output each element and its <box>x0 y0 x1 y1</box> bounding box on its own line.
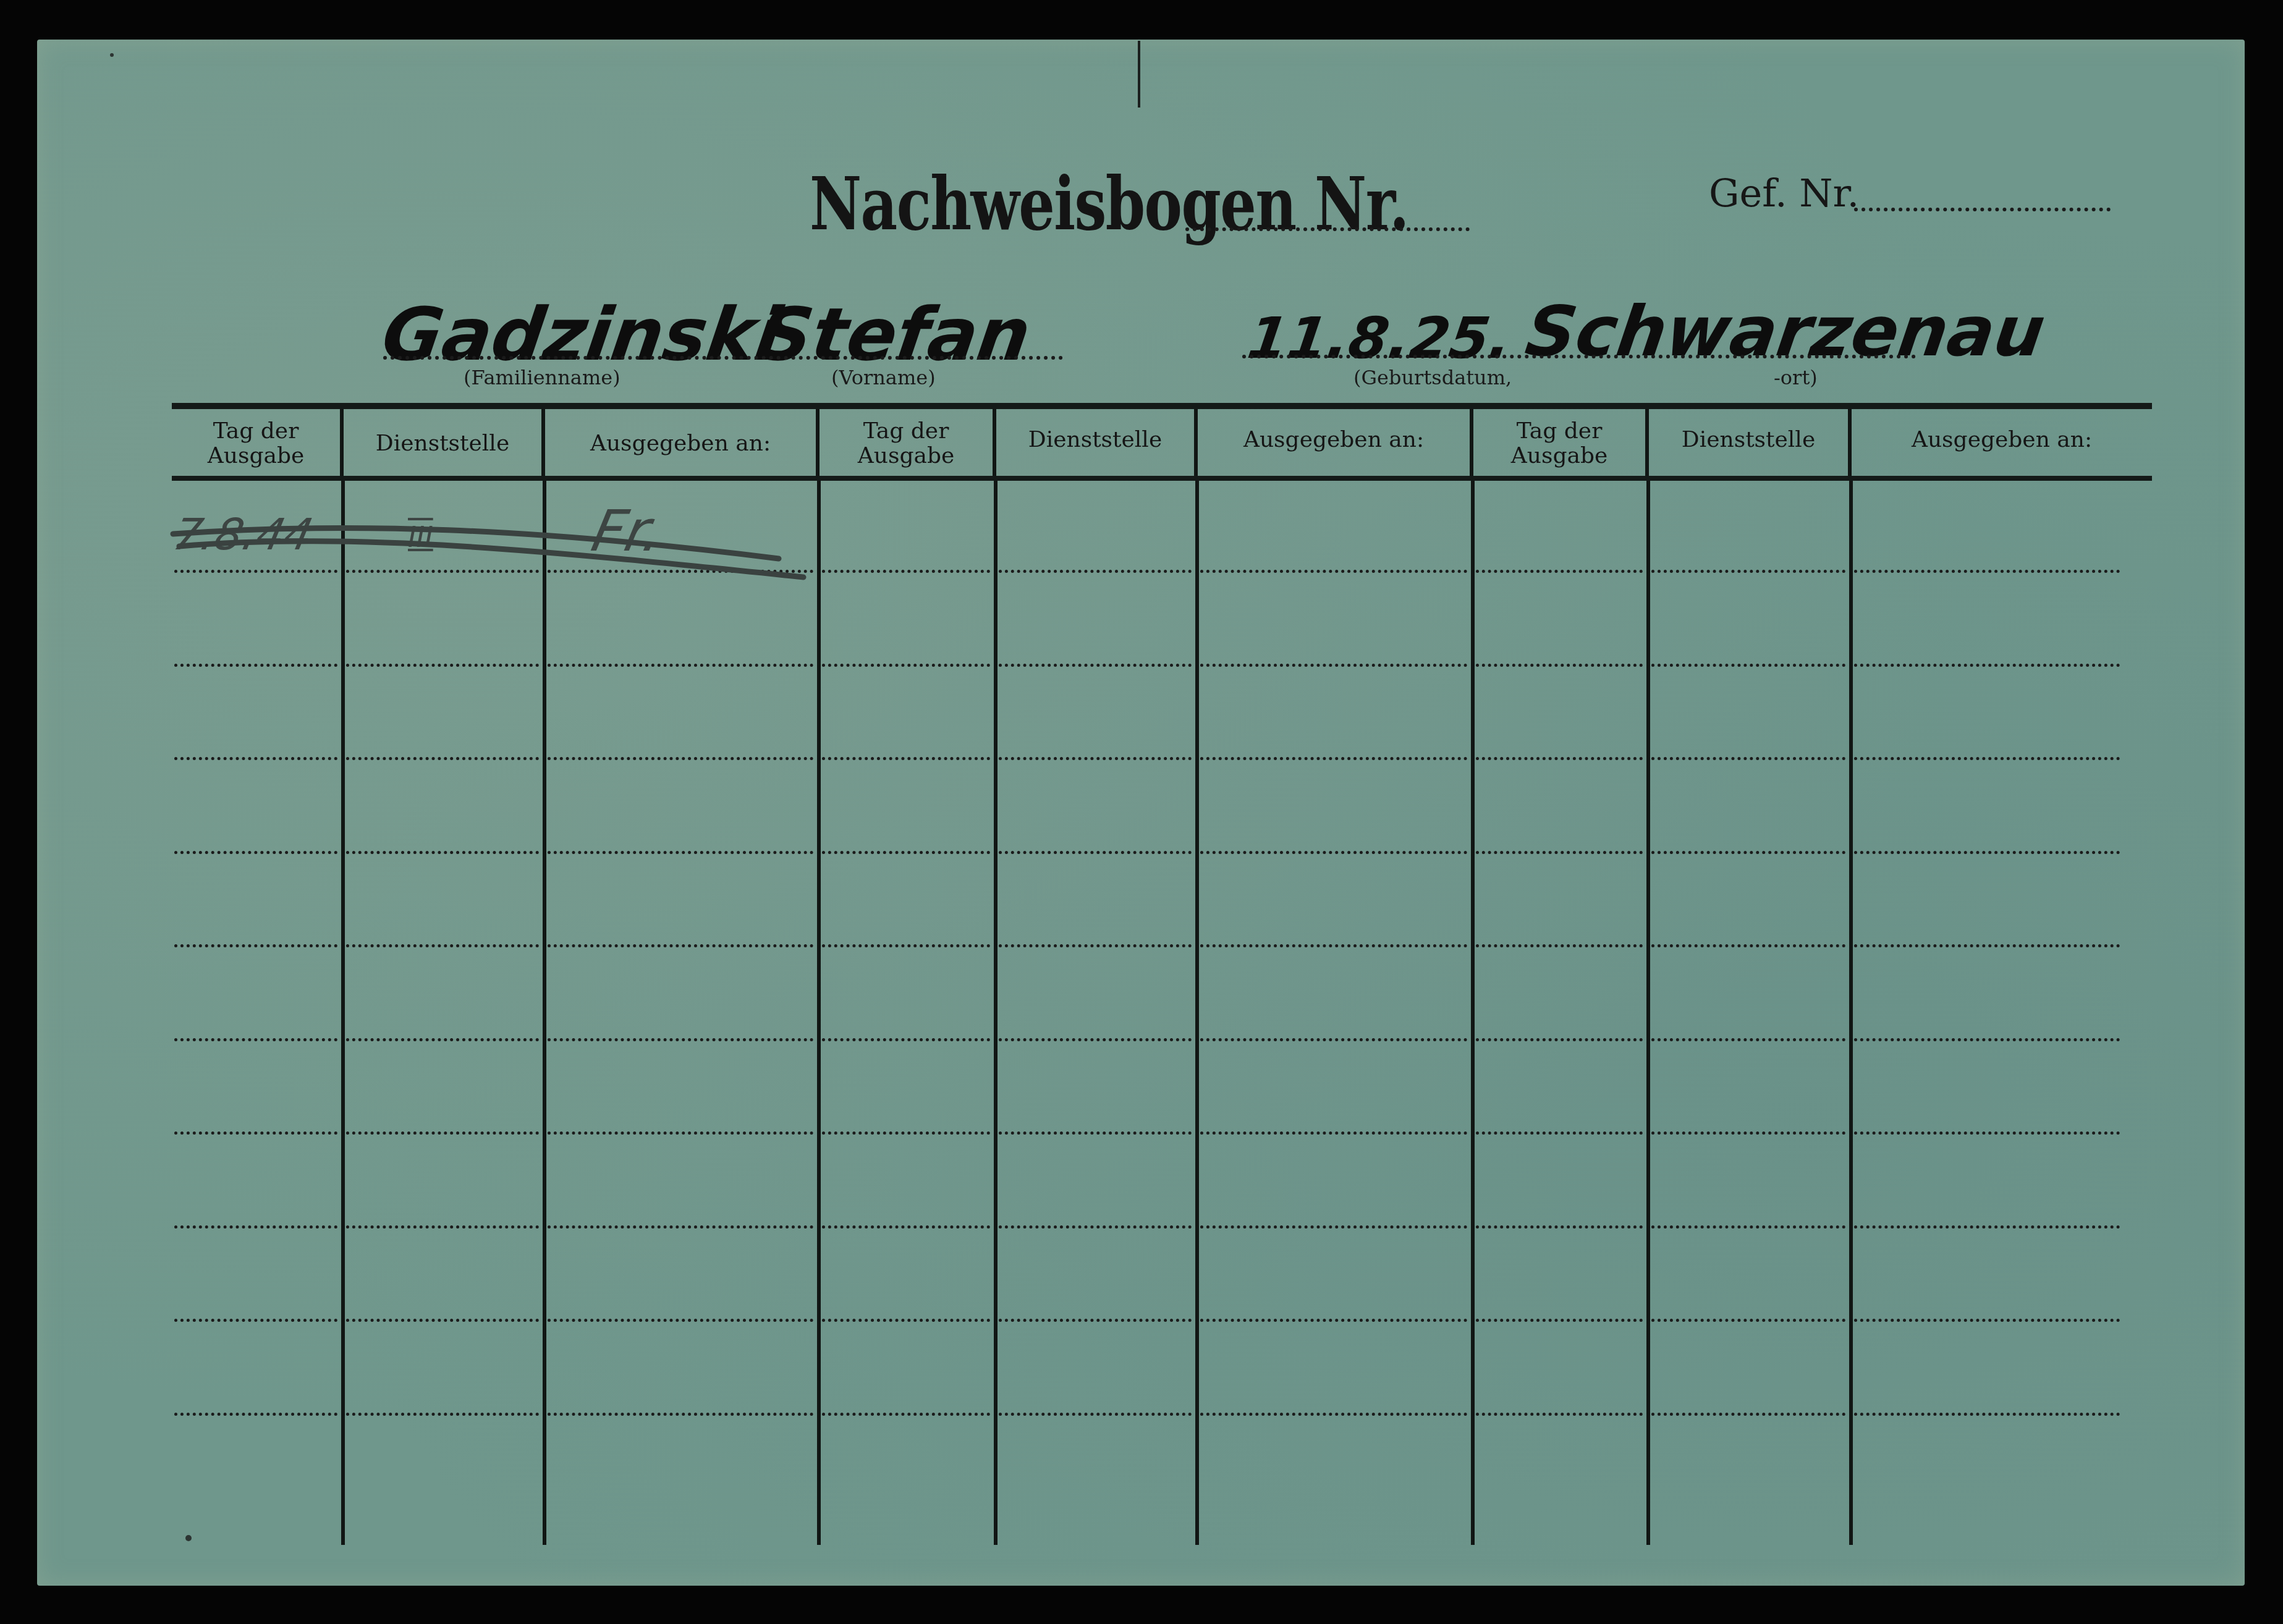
table-cell-line[interactable] <box>1200 1131 1467 1135</box>
form-title: Nachweisbogen Nr. <box>810 161 1408 247</box>
header-dienststelle: Dienststelle <box>996 428 1194 452</box>
table-cell-line[interactable] <box>346 851 539 854</box>
table-cell-line[interactable] <box>822 1038 990 1041</box>
table-cell-line[interactable] <box>548 757 813 760</box>
table-cell-line[interactable] <box>1200 1319 1467 1322</box>
header-line: Tag der <box>172 419 340 444</box>
header-ausgegeben-an: Ausgegeben an: <box>1852 428 2152 452</box>
table-top-rule <box>172 403 2152 409</box>
table-cell-line[interactable] <box>999 1413 1192 1416</box>
table-cell-line[interactable] <box>822 851 990 854</box>
table-cell-line[interactable] <box>1651 851 1845 854</box>
gef-nr-field[interactable] <box>1854 208 2111 211</box>
table-cell-line[interactable] <box>999 1319 1192 1322</box>
header-tag-der-ausgabe: Tag der Ausgabe <box>1473 419 1645 468</box>
table-cell-line[interactable] <box>174 1319 337 1322</box>
header-ausgegeben-an: Ausgegeben an: <box>545 431 816 456</box>
table-cell-line[interactable] <box>1651 664 1845 667</box>
table-cell-line[interactable] <box>1476 1319 1643 1322</box>
header-line: Ausgabe <box>820 444 993 468</box>
table-cell-line[interactable] <box>822 570 990 573</box>
table-cell-line[interactable] <box>174 851 337 854</box>
table-cell-line[interactable] <box>1200 1038 1467 1041</box>
header-line: Ausgabe <box>1473 444 1645 468</box>
strike-through-mark <box>161 509 828 583</box>
table-cell-line[interactable] <box>1476 851 1643 854</box>
table-cell-line[interactable] <box>999 1038 1192 1041</box>
column-divider <box>994 481 997 1545</box>
group-divider <box>817 481 821 1545</box>
column-divider <box>543 481 546 1545</box>
table-cell-line[interactable] <box>1200 944 1467 947</box>
header-tag-der-ausgabe: Tag der Ausgabe <box>172 419 340 468</box>
paper-speck <box>110 53 114 57</box>
column-divider <box>341 481 345 1545</box>
birth-date-label: (Geburtsdatum, <box>1353 366 1512 389</box>
table-cell-line[interactable] <box>822 1131 990 1135</box>
table-cell-line[interactable] <box>999 570 1192 573</box>
table-cell-line[interactable] <box>548 1038 813 1041</box>
table-cell-line[interactable] <box>346 757 539 760</box>
table-cell-line[interactable] <box>1200 1413 1467 1416</box>
first-name-value: Stefan <box>754 292 1036 377</box>
table-cell-line[interactable] <box>1651 1225 1845 1229</box>
birth-field-line[interactable] <box>1242 355 1916 358</box>
table-cell-line[interactable] <box>1854 1319 2120 1322</box>
table-cell-line[interactable] <box>174 1131 337 1135</box>
table-cell-line[interactable] <box>1476 1413 1643 1416</box>
table-cell-line[interactable] <box>1200 1225 1467 1229</box>
table-cell-line[interactable] <box>999 944 1192 947</box>
table-cell-line[interactable] <box>822 944 990 947</box>
gef-nr-label: Gef. Nr. <box>1709 171 1859 216</box>
table-cell-line[interactable] <box>548 1131 813 1135</box>
table-cell-line[interactable] <box>1200 851 1467 854</box>
table-cell-line[interactable] <box>548 1319 813 1322</box>
form-card: Nachweisbogen Nr. Gef. Nr. Gadzinski Ste… <box>37 40 2245 1586</box>
table-cell-line[interactable] <box>548 1225 813 1229</box>
table-cell-line[interactable] <box>1476 757 1643 760</box>
column-divider <box>1646 481 1650 1545</box>
first-name-label: (Vorname) <box>831 366 936 389</box>
table-cell-line[interactable] <box>999 664 1192 667</box>
table-cell-line[interactable] <box>1651 757 1845 760</box>
title-number-field[interactable] <box>1185 227 1470 231</box>
table-cell-line[interactable] <box>1200 664 1467 667</box>
table-cell-line[interactable] <box>174 1225 337 1229</box>
fold-mark <box>1138 41 1140 108</box>
table-cell-line[interactable] <box>346 1225 539 1229</box>
table-cell-line[interactable] <box>1200 757 1467 760</box>
table-cell-line[interactable] <box>346 1319 539 1322</box>
header-dienststelle: Dienststelle <box>1649 428 1848 452</box>
table-cell-line[interactable] <box>1854 1038 2120 1041</box>
table-cell-line[interactable] <box>1476 570 1643 573</box>
table-cell-line[interactable] <box>999 757 1192 760</box>
family-name-value: Gadzinski <box>377 292 787 377</box>
table-cell-line[interactable] <box>174 1038 337 1041</box>
family-name-label: (Familienname) <box>464 366 621 389</box>
table-cell-line[interactable] <box>548 944 813 947</box>
table-cell-line[interactable] <box>174 664 337 667</box>
table-cell-line[interactable] <box>1854 1225 2120 1229</box>
table-cell-line[interactable] <box>999 1225 1192 1229</box>
table-header-rule <box>172 476 2152 481</box>
header-tag-der-ausgabe: Tag der Ausgabe <box>820 419 993 468</box>
birth-date-value: 11.8.25. <box>1243 305 1515 371</box>
table-cell-line[interactable] <box>174 757 337 760</box>
table-cell-line[interactable] <box>1854 1131 2120 1135</box>
table-cell-line[interactable] <box>1651 570 1845 573</box>
table-cell-line[interactable] <box>1651 1131 1845 1135</box>
header-dienststelle: Dienststelle <box>344 431 541 456</box>
birth-place-value: Schwarzenau <box>1521 292 2050 372</box>
table-cell-line[interactable] <box>1476 1225 1643 1229</box>
table-cell-line[interactable] <box>1854 664 2120 667</box>
header-line: Ausgabe <box>172 444 340 468</box>
table-cell-line[interactable] <box>346 944 539 947</box>
group-divider <box>1471 481 1475 1545</box>
header-line: Tag der <box>1473 419 1645 444</box>
name-field-line[interactable] <box>383 356 1063 360</box>
table-cell-line[interactable] <box>346 1131 539 1135</box>
table-cell-line[interactable] <box>1854 1413 2120 1416</box>
table-cell-line[interactable] <box>1854 570 2120 573</box>
table-cell-line[interactable] <box>999 1131 1192 1135</box>
table-cell-line[interactable] <box>822 1319 990 1322</box>
column-divider <box>1849 481 1853 1545</box>
table-cell-line[interactable] <box>174 944 337 947</box>
table-cell-line[interactable] <box>548 851 813 854</box>
table-cell-line[interactable] <box>548 664 813 667</box>
header-line: Tag der <box>820 419 993 444</box>
table-cell-line[interactable] <box>1651 1413 1845 1416</box>
birth-place-label: -ort) <box>1774 366 1818 389</box>
table-cell-line[interactable] <box>346 1038 539 1041</box>
table-cell-line[interactable] <box>1854 851 2120 854</box>
table-cell-line[interactable] <box>1854 757 2120 760</box>
table-cell-line[interactable] <box>1200 570 1467 573</box>
table-cell-line[interactable] <box>1476 664 1643 667</box>
table-cell-line[interactable] <box>1651 1319 1845 1322</box>
table-cell-line[interactable] <box>1651 1038 1845 1041</box>
table-cell-line[interactable] <box>822 1225 990 1229</box>
table-cell-line[interactable] <box>346 664 539 667</box>
table-cell-line[interactable] <box>822 664 990 667</box>
table-cell-line[interactable] <box>1854 944 2120 947</box>
paper-speck <box>185 1535 192 1541</box>
table-cell-line[interactable] <box>1476 1131 1643 1135</box>
table-cell-line[interactable] <box>822 1413 990 1416</box>
table-cell-line[interactable] <box>1651 944 1845 947</box>
table-cell-line[interactable] <box>822 757 990 760</box>
header-ausgegeben-an: Ausgegeben an: <box>1198 428 1470 452</box>
table-cell-line[interactable] <box>548 1413 813 1416</box>
table-cell-line[interactable] <box>1476 1038 1643 1041</box>
table-cell-line[interactable] <box>1476 944 1643 947</box>
table-cell-line[interactable] <box>999 851 1192 854</box>
table-cell-line[interactable] <box>174 1413 337 1416</box>
table-cell-line[interactable] <box>346 1413 539 1416</box>
column-divider <box>1195 481 1199 1545</box>
